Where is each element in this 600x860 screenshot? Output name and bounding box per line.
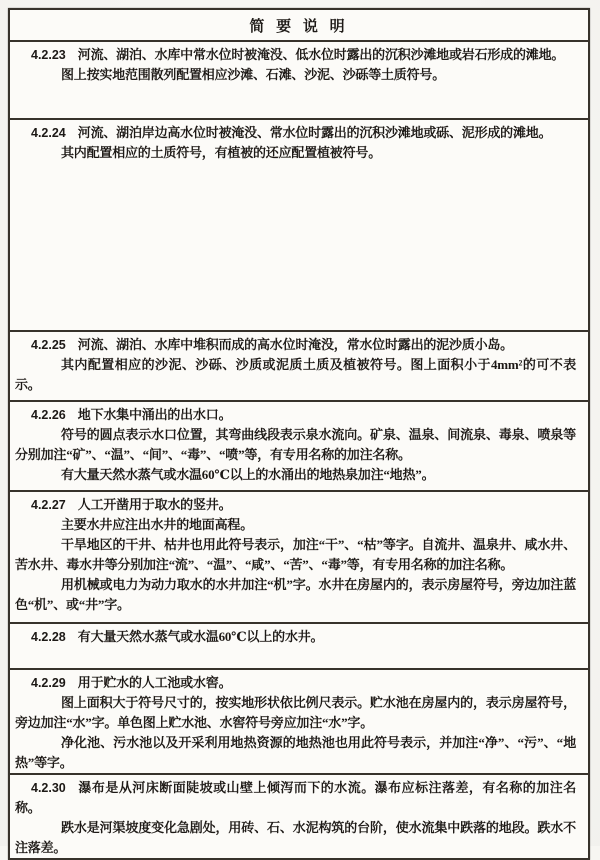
table-header: 简 要 说 明: [10, 10, 588, 40]
section-number: 4.2.29: [31, 676, 78, 690]
section-number: 4.2.23: [31, 48, 78, 62]
section-paragraph: 跌水是河渠坡度变化急剧处，用砖、石、水泥构筑的台阶，使水流集中跌落的地段。跌水不…: [15, 818, 576, 846]
section-row-4-2-25: 4.2.25河流、湖泊、水库中堆积而成的高水位时淹没，常水位时露出的泥沙质小岛。…: [10, 330, 588, 400]
section-row-4-2-28: 4.2.28有大量天然水蒸气或水温60℃以上的水井。: [10, 622, 588, 668]
section-text: 地下水集中涌出的出水口。: [78, 407, 232, 422]
section-row-4-2-30: 4.2.30瀑布是从河床断面陡坡或山壁上倾泻而下的水流。瀑布应标注落差，有名称的…: [10, 773, 588, 846]
section-paragraph: 符号的圆点表示水口位置，其弯曲线段表示泉水流向。矿泉、温泉、间流泉、毒泉、喷泉等…: [15, 425, 576, 465]
section-paragraph: 主要水井应注出水井的地面高程。: [15, 515, 576, 535]
section-paragraph: 有大量天然水蒸气或水温60℃以上的水涌出的地热泉加注“地热”。: [15, 465, 576, 485]
section-paragraph: 图上按实地范围散列配置相应沙滩、石滩、沙泥、沙砾等土质符号。: [15, 65, 576, 85]
section-number: 4.2.27: [31, 498, 78, 512]
table-header-title: 简 要 说 明: [249, 19, 348, 35]
section-text: 河流、湖泊、水库中堆积而成的高水位时淹没，常水位时露出的泥沙质小岛。: [78, 337, 513, 352]
section-number: 4.2.28: [31, 630, 78, 644]
brief-description-table: 简 要 说 明 4.2.23河流、湖泊、水库中常水位时被淹没、低水位时露出的沉积…: [8, 8, 590, 846]
section-paragraph: 4.2.25河流、湖泊、水库中堆积而成的高水位时淹没，常水位时露出的泥沙质小岛。: [15, 335, 576, 355]
section-paragraph: 4.2.23河流、湖泊、水库中常水位时被淹没、低水位时露出的沉积沙滩地或岩石形成…: [15, 45, 576, 65]
section-text: 河流、湖泊岸边高水位时被淹没、常水位时露出的沉积沙滩地或砾、泥形成的滩地。: [78, 125, 552, 140]
section-paragraph: 用机械或电力为动力取水的水井加注“机”字。水井在房屋内的，表示房屋符号，旁边加注…: [15, 575, 576, 615]
section-text: 瀑布是从河床断面陡坡或山壁上倾泻而下的水流。瀑布应标注落差，有名称的加注名称。: [15, 780, 576, 815]
section-number: 4.2.24: [31, 126, 78, 140]
section-row-4-2-29: 4.2.29用于贮水的人工池或水窖。 图上面积大于符号尺寸的，按实地形状依比例尺…: [10, 668, 588, 773]
scanned-page: 简 要 说 明 4.2.23河流、湖泊、水库中常水位时被淹没、低水位时露出的沉积…: [0, 0, 600, 846]
section-number: 4.2.30: [31, 781, 78, 795]
section-paragraph: 4.2.24河流、湖泊岸边高水位时被淹没、常水位时露出的沉积沙滩地或砾、泥形成的…: [15, 123, 576, 143]
section-paragraph: 4.2.28有大量天然水蒸气或水温60℃以上的水井。: [15, 627, 576, 647]
section-paragraph: 4.2.26地下水集中涌出的出水口。: [15, 405, 576, 425]
section-paragraph: 图上面积大于符号尺寸的，按实地形状依比例尺表示。贮水池在房屋内的，表示房屋符号，…: [15, 693, 576, 733]
section-row-4-2-27: 4.2.27人工开凿用于取水的竖井。 主要水井应注出水井的地面高程。 干旱地区的…: [10, 490, 588, 622]
section-number: 4.2.26: [31, 408, 78, 422]
section-paragraph: 4.2.27人工开凿用于取水的竖井。: [15, 495, 576, 515]
section-text: 有大量天然水蒸气或水温60℃以上的水井。: [78, 629, 324, 644]
section-paragraph: 净化池、污水池以及开采利用地热资源的地热池也用此符号表示，并加注“净”、“污”、…: [15, 733, 576, 773]
section-paragraph: 4.2.29用于贮水的人工池或水窖。: [15, 673, 576, 693]
section-text: 人工开凿用于取水的竖井。: [78, 497, 232, 512]
section-paragraph: 4.2.30瀑布是从河床断面陡坡或山壁上倾泻而下的水流。瀑布应标注落差，有名称的…: [15, 778, 576, 818]
section-row-4-2-24: 4.2.24河流、湖泊岸边高水位时被淹没、常水位时露出的沉积沙滩地或砾、泥形成的…: [10, 118, 588, 330]
section-paragraph: 其内配置相应的沙泥、沙砾、沙质或泥质土质及植被符号。图上面积小于4mm²的可不表…: [15, 355, 576, 395]
section-paragraph: 干旱地区的干井、枯井也用此符号表示，加注“干”、“枯”等字。自流井、温泉井、咸水…: [15, 535, 576, 575]
section-paragraph: 其内配置相应的土质符号，有植被的还应配置植被符号。: [15, 143, 576, 163]
section-row-4-2-23: 4.2.23河流、湖泊、水库中常水位时被淹没、低水位时露出的沉积沙滩地或岩石形成…: [10, 40, 588, 118]
section-text: 用于贮水的人工池或水窖。: [78, 675, 232, 690]
section-number: 4.2.25: [31, 338, 78, 352]
section-text: 河流、湖泊、水库中常水位时被淹没、低水位时露出的沉积沙滩地或岩石形成的滩地。: [78, 47, 564, 62]
section-row-4-2-26: 4.2.26地下水集中涌出的出水口。 符号的圆点表示水口位置，其弯曲线段表示泉水…: [10, 400, 588, 490]
